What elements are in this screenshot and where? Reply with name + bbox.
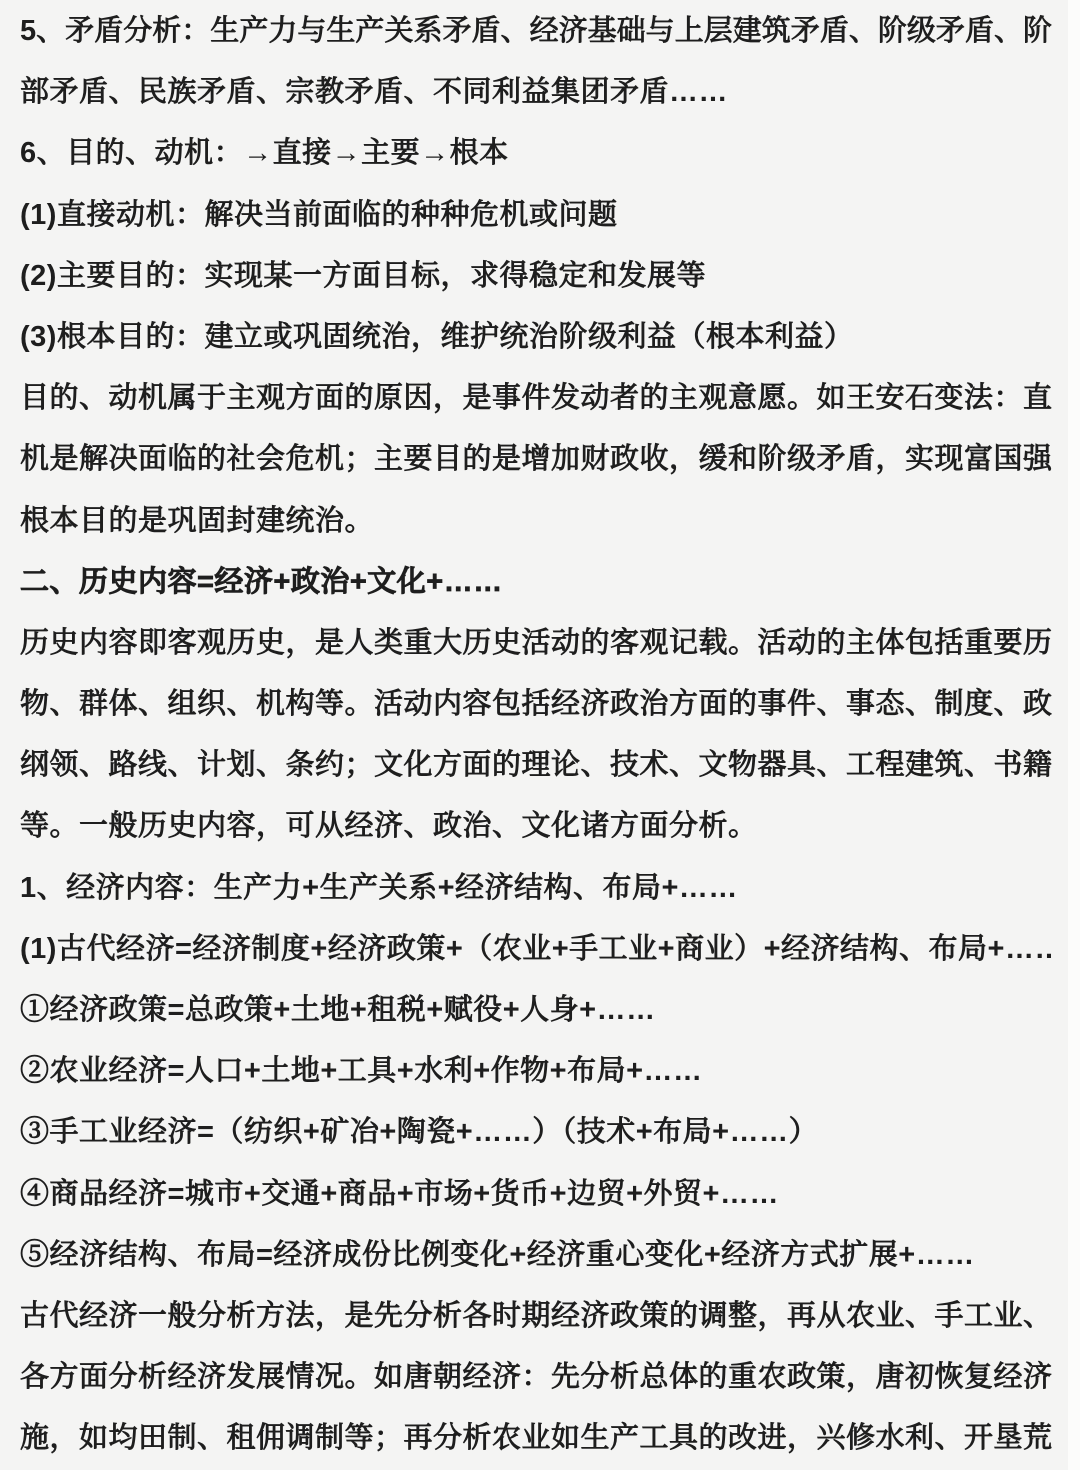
text-line: 各方面分析经济发展情况。如唐朝经济：先分析总体的重农政策，唐初恢复经济的措 <box>20 1347 1052 1408</box>
text-line: ④商品经济=城市+交通+商品+市场+货币+边贸+外贸+…… <box>20 1164 1052 1225</box>
text-body: 5、矛盾分析：生产力与生产关系矛盾、经济基础与上层建筑矛盾、阶级矛盾、阶级内部矛… <box>20 1 1052 1470</box>
section-heading: 二、历史内容=经济+政治+文化+…… <box>20 552 1052 613</box>
text-line: 5、矛盾分析：生产力与生产关系矛盾、经济基础与上层建筑矛盾、阶级矛盾、阶级内 <box>20 1 1052 62</box>
page-right-edge <box>1068 0 1080 1470</box>
text-line: ①经济政策=总政策+土地+租税+赋役+人身+…… <box>20 980 1052 1041</box>
text-line: 6、目的、动机：→直接→主要→根本 <box>20 123 1052 184</box>
text-line: 纲领、路线、计划、条约；文化方面的理论、技术、文物器具、工程建筑、书籍文献 <box>20 735 1052 796</box>
text-line: (1)古代经济=经济制度+经济政策+（农业+手工业+商业）+经济结构、布局+…… <box>20 919 1052 980</box>
text-line: 机是解决面临的社会危机；主要目的是增加财政收，缓和阶级矛盾，实现富国强兵等； <box>20 429 1052 490</box>
text-line: 1、经济内容：生产力+生产关系+经济结构、布局+…… <box>20 858 1052 919</box>
text-line: 古代经济一般分析方法，是先分析各时期经济政策的调整，再从农业、手工业、商业 <box>20 1286 1052 1347</box>
text-line: ⑤经济结构、布局=经济成份比例变化+经济重心变化+经济方式扩展+…… <box>20 1225 1052 1286</box>
text-line: 部矛盾、民族矛盾、宗教矛盾、不同利益集团矛盾…… <box>20 62 1052 123</box>
text-line: 历史内容即客观历史，是人类重大历史活动的客观记载。活动的主体包括重要历史人 <box>20 613 1052 674</box>
text-line: (3)根本目的：建立或巩固统治，维护统治阶级利益（根本利益） <box>20 307 1052 368</box>
text-line: 目的、动机属于主观方面的原因，是事件发动者的主观意愿。如王安石变法：直接动 <box>20 368 1052 429</box>
text-line: ③手工业经济=（纺织+矿冶+陶瓷+……）（技术+布局+……） <box>20 1102 1052 1163</box>
text-line: 等。一般历史内容，可从经济、政治、文化诸方面分析。 <box>20 796 1052 857</box>
text-line: ②农业经济=人口+土地+工具+水利+作物+布局+…… <box>20 1041 1052 1102</box>
document-page: 5、矛盾分析：生产力与生产关系矛盾、经济基础与上层建筑矛盾、阶级矛盾、阶级内部矛… <box>0 0 1080 1470</box>
text-line: 物、群体、组织、机构等。活动内容包括经济政治方面的事件、事态、制度、政策、 <box>20 674 1052 735</box>
text-line: 施，如均田制、租佣调制等；再分析农业如生产工具的改进，兴修水利、开垦荒地， <box>20 1408 1052 1469</box>
text-line: (2)主要目的：实现某一方面目标，求得稳定和发展等 <box>20 246 1052 307</box>
text-line: 根本目的是巩固封建统治。 <box>20 491 1052 552</box>
text-line: (1)直接动机：解决当前面临的种种危机或问题 <box>20 185 1052 246</box>
